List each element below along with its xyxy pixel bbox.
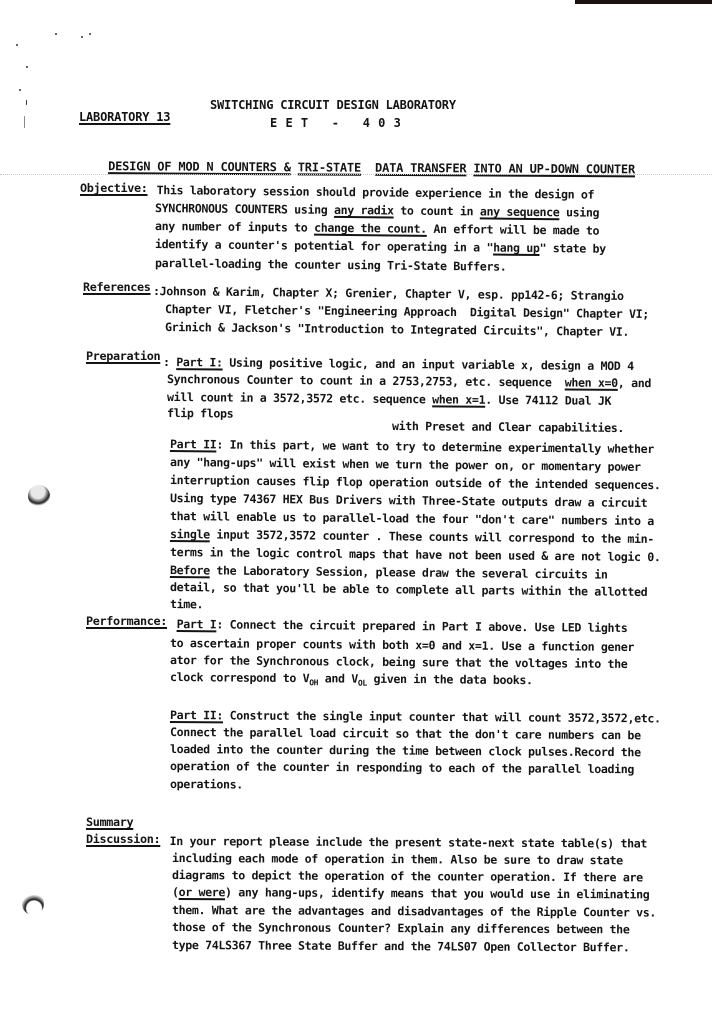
text-run: to count in xyxy=(394,203,480,218)
text-run: type 74LS367 Three State Buffer and the … xyxy=(172,938,630,954)
underlined-text: any radix xyxy=(334,203,394,218)
preparation-label: Preparation xyxy=(86,349,160,363)
text-line: them. What are the advantages and disadv… xyxy=(172,903,656,920)
text-run: any "hang-ups" will exist when we turn t… xyxy=(170,455,641,474)
underlined-text: hang up xyxy=(493,241,540,255)
scan-speck xyxy=(16,44,18,46)
text-run: operations. xyxy=(170,777,243,792)
text-run: An effort will be made to xyxy=(427,222,600,238)
text-line: Part II: In this part, we want to try to… xyxy=(170,437,654,456)
text-line: In your report please include the presen… xyxy=(163,834,647,851)
underlined-text: Part II: xyxy=(170,708,223,722)
text-line: ator for the Synchronous clock, being su… xyxy=(170,653,628,671)
scan-speck xyxy=(26,66,28,68)
text-run: parallel-loading the counter using Tri-S… xyxy=(155,256,507,274)
text-line: Before the Laboratory Session, please dr… xyxy=(170,563,608,582)
text-run: , and xyxy=(618,376,651,390)
scan-edge-shadow xyxy=(575,0,712,4)
text-run: Using type 74367 HEX Bus Drivers with Th… xyxy=(170,491,647,510)
text-run: . Use 74112 Dual JK xyxy=(485,393,611,408)
underlined-text: Before xyxy=(170,563,210,577)
text-line: Synchronous Counter to count in a 2753,2… xyxy=(167,372,651,390)
underlined-text: when x=1 xyxy=(432,392,485,406)
text-run: Chapter VI, Fletcher's "Engineering Appr… xyxy=(165,302,649,321)
text-run: given in the data books. xyxy=(367,672,533,687)
text-run: In your report please include the presen… xyxy=(163,834,647,851)
text-line: with Preset and Clear capabilities. xyxy=(392,419,624,435)
underlined-text: single xyxy=(170,527,210,541)
text-line: parallel-loading the counter using Tri-S… xyxy=(155,256,507,274)
text-line: those of the Synchronous Counter? Explai… xyxy=(172,920,630,936)
text-run: them. What are the advantages and disadv… xyxy=(172,903,656,920)
text-run: to ascertain proper counts with both x=0… xyxy=(170,636,634,654)
text-run: identify a counter's potential for opera… xyxy=(155,237,493,255)
text-line: time. xyxy=(170,597,203,611)
text-run: interruption causes flip flop operation … xyxy=(170,473,661,492)
scan-noise-line xyxy=(0,174,712,176)
text-line: any number of inputs to change the count… xyxy=(155,219,599,238)
underlined-text: or were xyxy=(179,885,225,899)
text-line: Part II: Construct the single input coun… xyxy=(170,708,661,725)
text-line: interruption causes flip flop operation … xyxy=(170,473,661,492)
text-run: will count in a 3572,3572 etc. sequence xyxy=(167,390,432,406)
text-line: detail, so that you'll be able to comple… xyxy=(170,580,647,599)
text-line: Chapter VI, Fletcher's "Engineering Appr… xyxy=(165,302,649,321)
text-line: :Johnson & Karim, Chapter X; Grenier, Ch… xyxy=(153,284,624,303)
text-line: Connect the parallel load circuit so tha… xyxy=(170,725,641,742)
text-line: clock correspond to VOH and VOL given in… xyxy=(170,670,533,692)
summary-label: Summary xyxy=(86,815,133,829)
text-line: Part I: Connect the circuit prepared in … xyxy=(170,617,628,635)
text-line: identify a counter's potential for opera… xyxy=(155,237,606,256)
text-run: flip flops xyxy=(167,406,233,421)
text-line: flip flops xyxy=(167,406,233,421)
text-run: Using positive logic, and an input varia… xyxy=(223,356,634,374)
text-run: detail, so that you'll be able to comple… xyxy=(170,580,647,599)
hole-punch-mark xyxy=(28,485,50,507)
text-run: Construct the single input counter that … xyxy=(223,708,661,725)
text-run: Grinich & Jackson's "Introduction to Int… xyxy=(165,320,629,339)
hole-punch-mark xyxy=(22,893,44,915)
text-line: single input 3572,3572 counter . These c… xyxy=(170,527,654,546)
text-run: ) any hang-ups, identify means that you … xyxy=(225,885,649,901)
text-run: :Johnson & Karim, Chapter X; Grenier, Ch… xyxy=(153,284,624,303)
text-line: Grinich & Jackson's "Introduction to Int… xyxy=(165,320,629,339)
references-label: References xyxy=(83,280,151,294)
lab-number: LABORATORY 13 xyxy=(79,110,170,124)
underlined-text: change the count. xyxy=(314,221,427,236)
text-run: OH xyxy=(309,678,318,687)
text-run: ator for the Synchronous clock, being su… xyxy=(170,653,628,671)
scan-speck xyxy=(55,33,57,35)
scan-speck xyxy=(89,33,91,35)
underlined-text: Part II xyxy=(170,437,217,451)
text-line: type 74LS367 Three State Buffer and the … xyxy=(172,938,630,954)
text-run: using xyxy=(559,205,599,219)
subtitle-part: TRI-STATE xyxy=(298,160,361,174)
text-run: : Connect the circuit prepared in Part I… xyxy=(216,617,627,635)
text-line: loaded into the counter during the time … xyxy=(170,742,641,759)
text-run: loaded into the counter during the time … xyxy=(170,742,641,759)
text-run: and V xyxy=(318,671,358,685)
text-line: (or were) any hang-ups, identify means t… xyxy=(172,885,649,901)
text-run: " state by xyxy=(539,241,605,256)
scan-speck xyxy=(81,36,83,38)
course-code: E E T - 4 0 3 xyxy=(270,116,401,130)
text-run: operation of the counter in responding t… xyxy=(170,759,634,776)
text-run: with Preset and Clear capabilities. xyxy=(392,419,624,435)
text-run: SYNCHRONOUS COUNTERS using xyxy=(155,201,334,217)
text-line: terms in the logic control maps that hav… xyxy=(170,545,661,564)
discussion-label: Discussion: xyxy=(86,832,160,846)
text-run: terms in the logic control maps that hav… xyxy=(170,545,661,564)
scan-speck xyxy=(19,89,21,91)
text-line: Using type 74367 HEX Bus Drivers with Th… xyxy=(170,491,647,510)
text-line: including each mode of operation in them… xyxy=(172,851,623,867)
text-run: Connect the parallel load circuit so tha… xyxy=(170,725,641,742)
text-run: input 3572,3572 counter . These counts w… xyxy=(210,527,654,546)
text-run: OL xyxy=(358,679,367,688)
scan-speck xyxy=(26,100,27,105)
subtitle-part: DESIGN OF MOD N COUNTERS & xyxy=(108,159,291,174)
text-line: operation of the counter in responding t… xyxy=(170,759,634,776)
objective-label: Objective: xyxy=(80,181,148,195)
document-page: LABORATORY 13 SWITCHING CIRCUIT DESIGN L… xyxy=(0,0,712,1024)
text-run: time. xyxy=(170,597,203,611)
text-line: will count in a 3572,3572 etc. sequence … xyxy=(167,390,611,408)
underlined-text: Part I xyxy=(177,617,217,631)
text-run: any number of inputs to xyxy=(155,219,314,235)
text-run: the Laboratory Session, please draw the … xyxy=(210,563,608,581)
text-line: : Part I: Using positive logic, and an i… xyxy=(163,355,634,373)
underlined-text: any sequence xyxy=(480,204,560,219)
text-run: Synchronous Counter to count in a 2753,2… xyxy=(167,372,565,389)
text-run: : xyxy=(163,355,176,369)
text-line: to ascertain proper counts with both x=0… xyxy=(170,636,634,654)
text-line: diagrams to depict the operation of the … xyxy=(172,868,643,884)
text-run: those of the Synchronous Counter? Explai… xyxy=(172,920,630,936)
text-run: : In this part, we want to try to determ… xyxy=(216,437,654,456)
text-line: any "hang-ups" will exist when we turn t… xyxy=(170,455,641,474)
text-run: including each mode of operation in them… xyxy=(172,851,623,867)
text-run: that will enable us to parallel-load the… xyxy=(170,509,654,528)
underlined-text: Part I: xyxy=(176,355,223,369)
text-line: SYNCHRONOUS COUNTERS using any radix to … xyxy=(155,201,599,220)
text-line: that will enable us to parallel-load the… xyxy=(170,509,654,528)
text-line: operations. xyxy=(170,777,243,792)
text-run: clock correspond to V xyxy=(170,670,309,685)
performance-label: Performance: xyxy=(86,614,167,628)
underlined-text: when x=0 xyxy=(565,375,618,389)
scan-speck xyxy=(24,116,25,128)
text-run: diagrams to depict the operation of the … xyxy=(172,868,643,884)
lab-title: SWITCHING CIRCUIT DESIGN LABORATORY xyxy=(210,98,456,112)
